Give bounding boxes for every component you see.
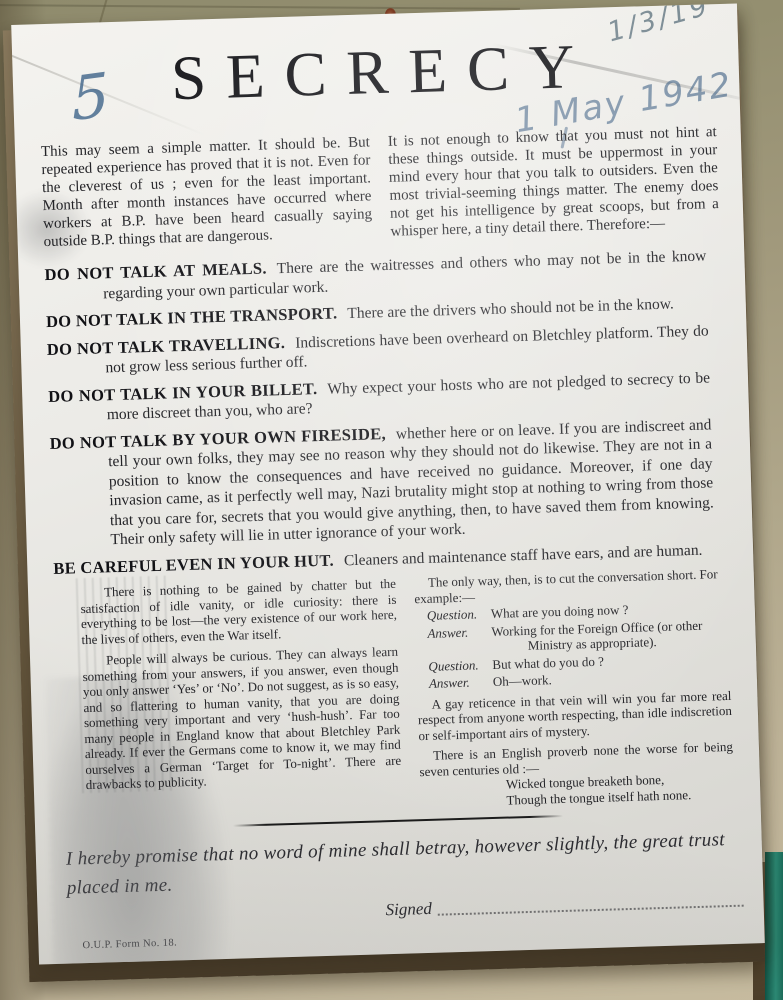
qa-text: What are you doing now ? — [491, 602, 629, 621]
qa-text: Working for the Foreign Office (or other… — [491, 617, 702, 653]
lower-left-paragraph: There is nothing to be gained by chatter… — [80, 576, 398, 647]
poster-content: SECRECY This may seem a simple matter. I… — [11, 3, 760, 821]
signed-label: Signed — [385, 899, 432, 920]
lower-left-column: There is nothing to be gained by chatter… — [54, 576, 407, 821]
rule-lead: DO NOT TALK IN THE TRANSPORT. — [46, 303, 338, 331]
qa-label: Question. — [427, 606, 491, 623]
rule-item: DO NOT TALK BY YOUR OWN FIRESIDE,whether… — [49, 414, 714, 552]
promise-text: I hereby promise that no word of mine sh… — [66, 825, 739, 903]
qa-label: Question. — [428, 656, 492, 673]
reticence-paragraph: A gay reticence in that vein will win yo… — [417, 687, 734, 743]
green-door-edge — [765, 852, 783, 1000]
rule-lead: BE CAREFUL EVEN IN YOUR HUT. — [53, 550, 334, 577]
qa-label: Answer. — [427, 624, 491, 641]
intro-right-paragraph: It is not enough to know that you must n… — [388, 123, 720, 241]
signature-line — [438, 904, 744, 916]
lower-left-paragraph: People will always be curious. They can … — [82, 644, 402, 793]
signed-row: Signed — [385, 890, 743, 921]
lower-columns: There is nothing to be gained by chatter… — [54, 566, 737, 821]
lower-right-column: The only way, then, is to cut the conver… — [414, 566, 737, 810]
intro-columns: This may seem a simple matter. It should… — [41, 123, 720, 251]
qa-label: Answer. — [429, 674, 493, 691]
wall-seam-line — [0, 4, 520, 10]
photo-scene: 5 1/3/19 1 May 1942 SECRECY This may see… — [0, 0, 783, 1000]
qa-text: Oh—work. — [493, 672, 552, 689]
divider-rule — [233, 815, 563, 827]
rules-list: DO NOT TALK AT MEALS.There are the waitr… — [44, 245, 729, 579]
rule-body: Cleaners and maintenance staff have ears… — [344, 541, 703, 569]
intro-left-paragraph: This may seem a simple matter. It should… — [41, 133, 373, 251]
secrecy-poster: 5 1/3/19 1 May 1942 SECRECY This may see… — [11, 3, 765, 964]
rule-body: There are the drivers who should not be … — [347, 295, 674, 322]
poster-title: SECRECY — [50, 26, 716, 119]
qa-text: But what do you do ? — [492, 653, 604, 671]
